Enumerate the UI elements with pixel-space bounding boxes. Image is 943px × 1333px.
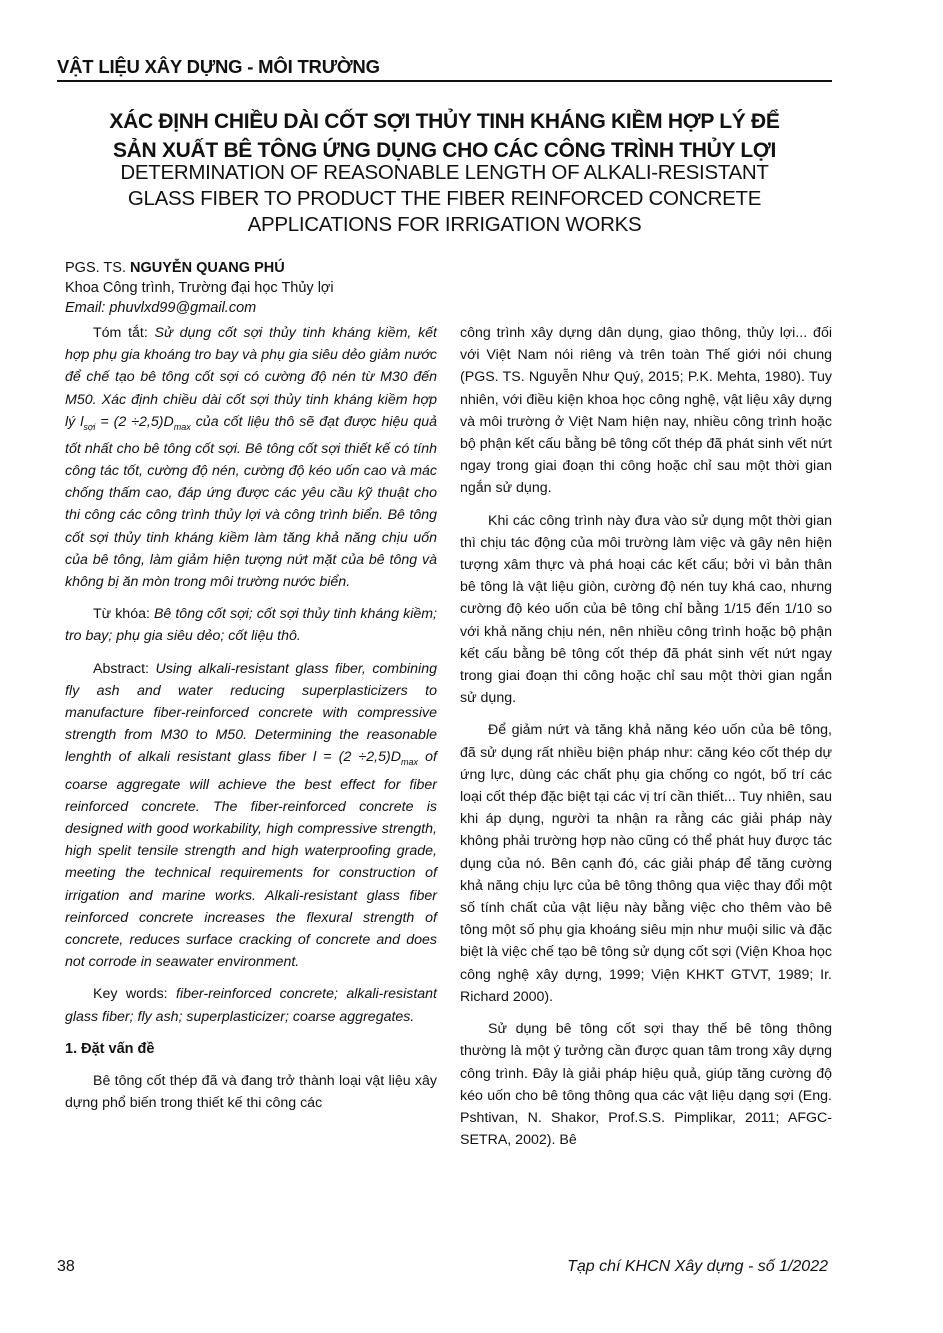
left-column: Tóm tắt: Sử dụng cốt sợi thủy tinh kháng… (65, 322, 437, 1124)
title-en-line-1: DETERMINATION OF REASONABLE LENGTH OF AL… (57, 160, 832, 186)
section-header: VẬT LIỆU XÂY DỰNG - MÔI TRƯỜNG (57, 56, 832, 78)
abstract-paragraph: Abstract: Using alkali-resistant glass f… (65, 658, 437, 974)
summary-paragraph: Tóm tắt: Sử dụng cốt sợi thủy tinh kháng… (65, 322, 437, 593)
title-en-line-3: APPLICATIONS FOR IRRIGATION WORKS (57, 212, 832, 238)
keywords-vn-paragraph: Từ khóa: Bê tông cốt sợi; cốt sợi thủy t… (65, 603, 437, 647)
page-number: 38 (57, 1258, 75, 1276)
right-column: công trình xây dựng dân dụng, giao thông… (460, 322, 832, 1161)
keywords-en-label: Key words: (93, 986, 176, 1002)
body-paragraph: Khi các công trình này đưa vào sử dụng m… (460, 510, 832, 710)
body-paragraph: Để giảm nứt và tăng khả năng kéo uốn của… (460, 719, 832, 1008)
author-affiliation: Khoa Công trình, Trường đại học Thủy lợi (65, 278, 334, 298)
title-en-line-2: GLASS FIBER TO PRODUCT THE FIBER REINFOR… (57, 186, 832, 212)
author-email[interactable]: Email: phuvlxd99@gmail.com (65, 298, 334, 318)
journal-page: VẬT LIỆU XÂY DỰNG - MÔI TRƯỜNG XÁC ĐỊNH … (0, 0, 943, 1333)
summary-label: Tóm tắt: (93, 325, 154, 341)
author-line: PGS. TS. NGUYỄN QUANG PHÚ (65, 258, 334, 278)
author-name: NGUYỄN QUANG PHÚ (130, 260, 285, 276)
title-english: DETERMINATION OF REASONABLE LENGTH OF AL… (57, 160, 832, 238)
body-paragraph: Sử dụng bê tông cốt sợi thay thế bê tông… (460, 1018, 832, 1151)
title-vietnamese: XÁC ĐỊNH CHIỀU DÀI CỐT SỢI THỦY TINH KHÁ… (57, 107, 832, 165)
body-paragraph: Bê tông cốt thép đã và đang trở thành lo… (65, 1070, 437, 1114)
header-divider (57, 80, 832, 82)
section-heading-1: 1. Đặt vấn đề (65, 1038, 437, 1060)
title-vn-line-1: XÁC ĐỊNH CHIỀU DÀI CỐT SỢI THỦY TINH KHÁ… (57, 107, 832, 136)
author-title: PGS. TS. (65, 260, 130, 276)
keywords-en-paragraph: Key words: fiber-reinforced concrete; al… (65, 983, 437, 1027)
keywords-vn-label: Từ khóa: (93, 606, 154, 622)
abstract-label: Abstract: (93, 661, 155, 677)
author-block: PGS. TS. NGUYỄN QUANG PHÚ Khoa Công trìn… (65, 258, 334, 318)
body-paragraph: công trình xây dựng dân dụng, giao thông… (460, 322, 832, 500)
journal-footer: Tạp chí KHCN Xây dựng - số 1/2022 (567, 1258, 828, 1276)
